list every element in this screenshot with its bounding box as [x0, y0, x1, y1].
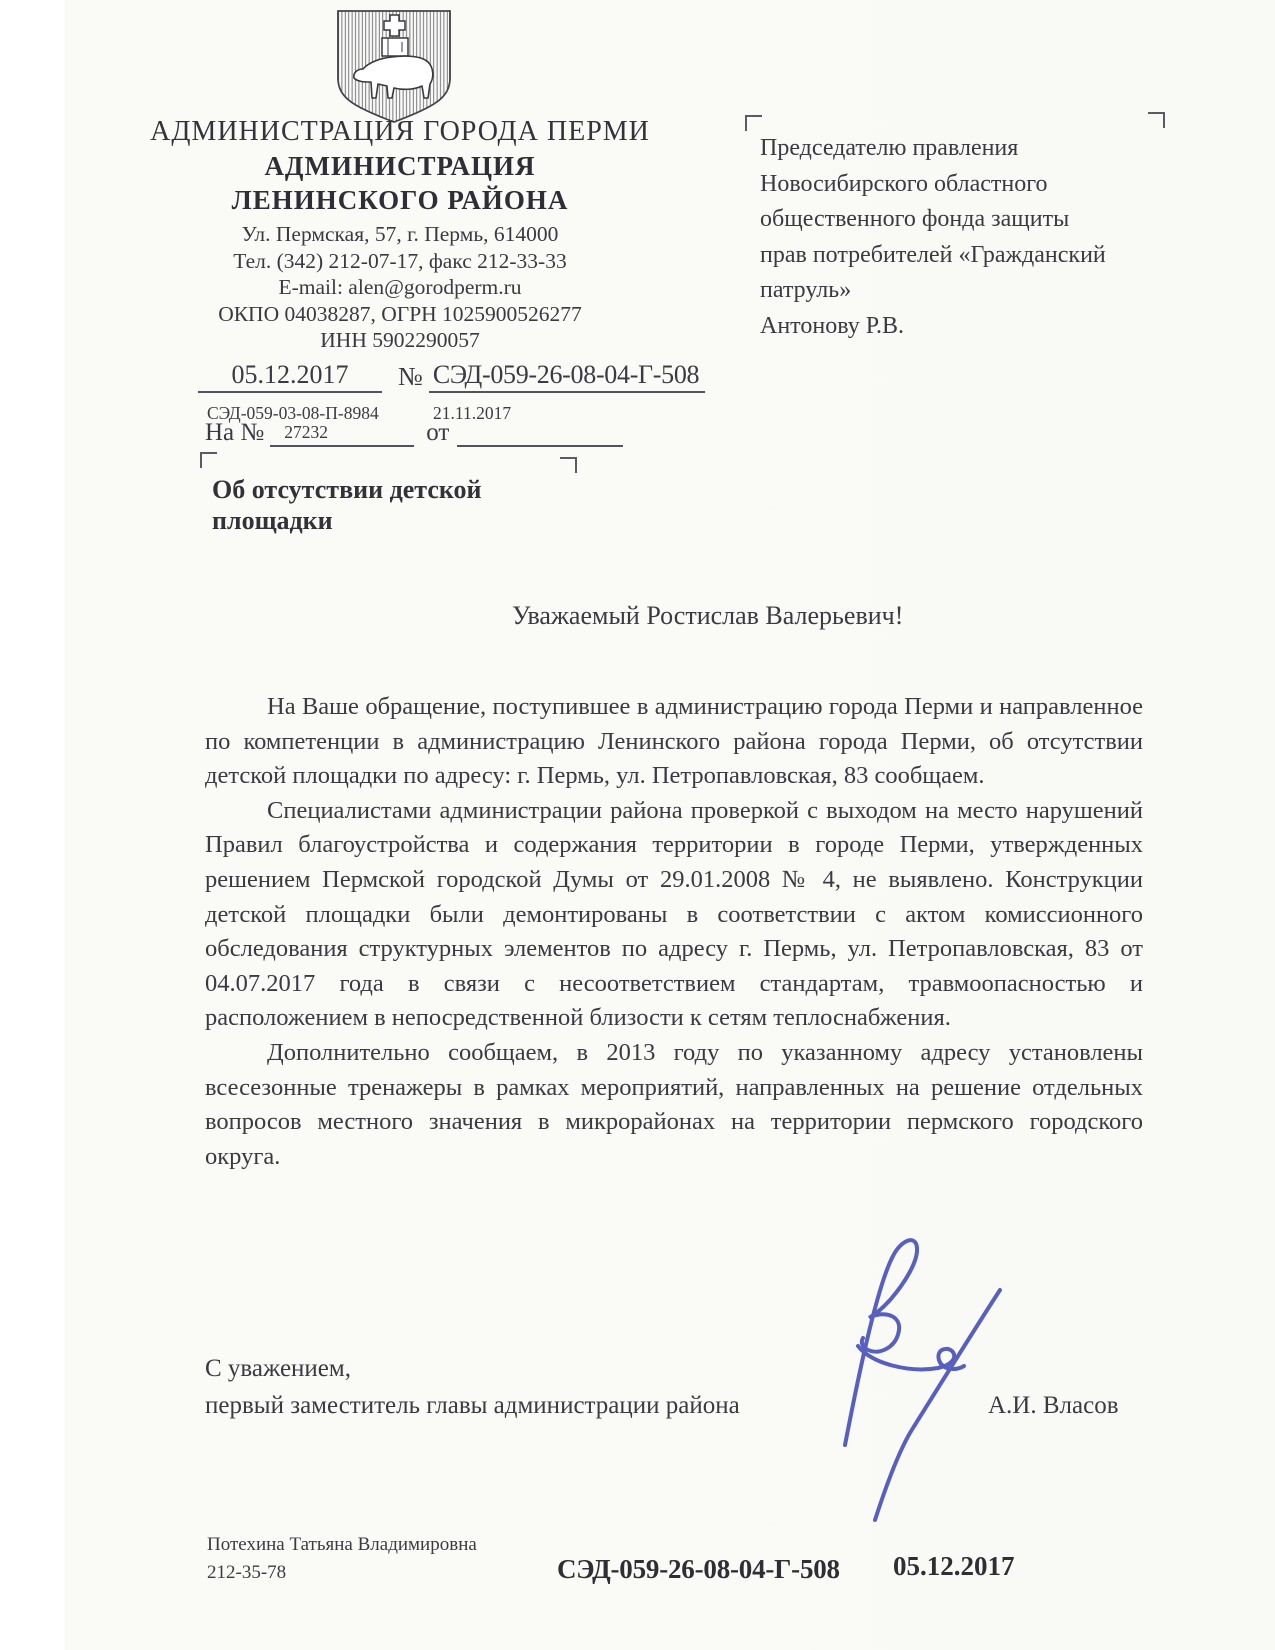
- org-okpo-ogrn: ОКПО 04038287, ОГРН 1025900526277: [145, 301, 655, 328]
- footer-doc-date: 05.12.2017: [893, 1551, 1015, 1582]
- signer-title: первый заместитель главы администрации р…: [205, 1392, 740, 1420]
- subject-line: Об отсутствии детской площадки: [212, 474, 554, 536]
- executor-name: Потехина Татьяна Владимировна: [207, 1534, 477, 1556]
- body-paragraph: Специалистами администрации района прове…: [205, 794, 1143, 1036]
- letter-number: СЭД-059-26-08-04-Г-508: [429, 360, 705, 393]
- letter-date: 05.12.2017: [198, 360, 382, 393]
- parent-org-name: АДМИНИСТРАЦИЯ ГОРОДА ПЕРМИ: [145, 116, 655, 148]
- recipient-block: Председателю правления Новосибирского об…: [760, 131, 1170, 344]
- letter-body: На Ваше обращение, поступившее в админис…: [205, 690, 1143, 1174]
- body-paragraph: На Ваше обращение, поступившее в админис…: [205, 690, 1143, 794]
- recipient-line: общественного фонда защиты: [760, 202, 1170, 238]
- org-address: Ул. Пермская, 57, г. Пермь, 614000: [145, 221, 655, 248]
- org-name-line2: ЛЕНИНСКОГО РАЙОНА: [145, 185, 655, 216]
- recipient-line: прав потребителей «Гражданский: [760, 238, 1170, 274]
- valediction: С уважением,: [205, 1355, 351, 1383]
- footer-doc-number: СЭД-059-26-08-04-Г-508: [557, 1554, 840, 1585]
- recipient-line: Новосибирского областного: [760, 167, 1170, 203]
- number-sign: №: [398, 362, 423, 393]
- body-paragraph: Дополнительно сообщаем, в 2013 году по у…: [205, 1036, 1143, 1174]
- incoming-number: 27232: [270, 422, 414, 447]
- signature-ink: [798, 1218, 1008, 1528]
- org-inn: ИНН 5902290057: [145, 327, 655, 354]
- gospel-book-icon: [382, 38, 408, 56]
- ot-label: от: [426, 419, 449, 447]
- org-name-line1: АДМИНИСТРАЦИЯ: [145, 151, 655, 182]
- incoming-date-field: [457, 421, 623, 447]
- recipient-line: патруль»: [760, 273, 1170, 309]
- incoming-reference-row: На № 27232 от: [205, 419, 623, 447]
- recipient-name: Антонову Р.В.: [760, 309, 1170, 345]
- scanned-letter-page: АДМИНИСТРАЦИЯ ГОРОДА ПЕРМИ АДМИНИСТРАЦИЯ…: [0, 0, 1275, 1650]
- salutation: Уважаемый Ростислав Валерьевич!: [512, 601, 903, 631]
- letterhead: АДМИНИСТРАЦИЯ ГОРОДА ПЕРМИ АДМИНИСТРАЦИЯ…: [145, 116, 655, 354]
- corner-mark-subject-right: [560, 457, 577, 473]
- org-email: E-mail: alen@gorodperm.ru: [145, 274, 655, 301]
- corner-mark-recipient-right: [1148, 112, 1165, 128]
- perm-coat-of-arms-icon: [330, 8, 458, 126]
- recipient-line: Председателю правления: [760, 131, 1170, 167]
- na-number-label: На №: [205, 419, 264, 447]
- org-phone: Тел. (342) 212-07-17, факс 212-33-33: [145, 248, 655, 275]
- signer-name: А.И. Власов: [988, 1392, 1119, 1420]
- corner-mark-subject-left: [200, 452, 217, 468]
- executor-phone: 212-35-78: [207, 1562, 286, 1584]
- corner-mark-recipient-left: [745, 115, 762, 131]
- reference-row: 05.12.2017 № СЭД-059-26-08-04-Г-508: [198, 360, 705, 393]
